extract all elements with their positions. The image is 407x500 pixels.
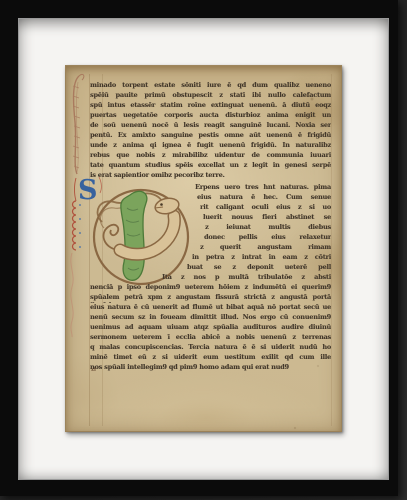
quire-mark: xl xyxy=(91,367,96,373)
text-block-2: nenciā p ipso deponim9 ueterem hōiem z i… xyxy=(90,283,331,373)
manuscript-text-line: in petra z intrat in eam z cōtri xyxy=(192,253,331,263)
manuscript-text-line: z querit angustam rimam xyxy=(200,243,331,253)
margin-chain-icon xyxy=(69,199,83,255)
manuscript-text-line: z ieiunat multis diebus xyxy=(205,223,331,233)
mat-board: S xyxy=(18,18,389,480)
manuscript-text-line: buat se z deponit ueterē pell xyxy=(187,263,331,273)
manuscript-text-line: unde z anima qi ignea ē fugit uenenū fri… xyxy=(90,141,331,151)
manuscript-text-line: spū intus etassēr statim roīne extinguat… xyxy=(90,101,331,111)
margin-penwork-icon xyxy=(66,68,84,180)
ruling-line xyxy=(331,74,332,426)
manuscript-text-line: nenū secum sz in foueam dimittit illud. … xyxy=(90,313,331,323)
manuscript-text-line: rebus que nobis z mirabilibz uidentur de… xyxy=(90,151,331,161)
manuscript-page: S xyxy=(65,65,342,432)
snake-eye xyxy=(160,203,163,206)
manuscript-text-line: pentū. Ex amixto sanguine pestis omne aū… xyxy=(90,131,331,141)
manuscript-text-line: Erpens uero tres hnt naturas. pima xyxy=(195,183,331,193)
framed-manuscript-print: S xyxy=(0,0,407,500)
margin-flourish-icon xyxy=(66,251,78,339)
manuscript-text-line: uenimus ad aquam uiuam atqz spūalia audi… xyxy=(90,323,331,333)
manuscript-text-line: rit caligant oculi eius z si uo xyxy=(200,203,331,213)
manuscript-text-line: donec pellis eius relaxetur xyxy=(204,233,331,243)
manuscript-text-line: puertas uegetatōe corporis aucta disturb… xyxy=(90,111,331,121)
manuscript-text-line: eius natura ē cū uenerit ad flumē ut bib… xyxy=(90,303,331,313)
manuscript-text-line: is erat sapientior omibz pecoribz terre. xyxy=(90,171,331,181)
manuscript-text-line: Ita z nos p multā tribulatōe z absti xyxy=(162,273,331,283)
manuscript-text-line: sermonem ueterem ī ecclia abicē a nobis … xyxy=(90,333,331,343)
manuscript-text-line: spēiū pauite primū obstupescit z statī i… xyxy=(90,91,331,101)
manuscript-text-line: spūalem petrā xpm z angustam fissurā str… xyxy=(90,293,331,303)
manuscript-text-line: tate quantum studius spēis excellat un z… xyxy=(90,161,331,171)
manuscript-text-line: de soū uenenū nocē ū lesis reagit sangui… xyxy=(90,121,331,131)
manuscript-text-line: q malas concupiscencias. Tercia natura ē… xyxy=(90,343,331,353)
manuscript-text-line: minado torpent estate sōniti iure ē qd d… xyxy=(90,81,331,91)
manuscript-text-line: eius natura ē hec. Cum senue xyxy=(197,193,331,203)
manuscript-text-line: minē timet eū z si uiderit eum uestitum … xyxy=(90,353,331,363)
text-block-1: minado torpent estate sōniti iure ē qd d… xyxy=(90,81,331,181)
manuscript-text-line: nenciā p ipso deponim9 ueterem hōiem z i… xyxy=(90,283,331,293)
manuscript-text-line: nos spūali intellegim9 qd pim9 homo adam… xyxy=(90,363,331,373)
manuscript-text-line: luerit nouus fieri abstinet se xyxy=(203,213,331,223)
